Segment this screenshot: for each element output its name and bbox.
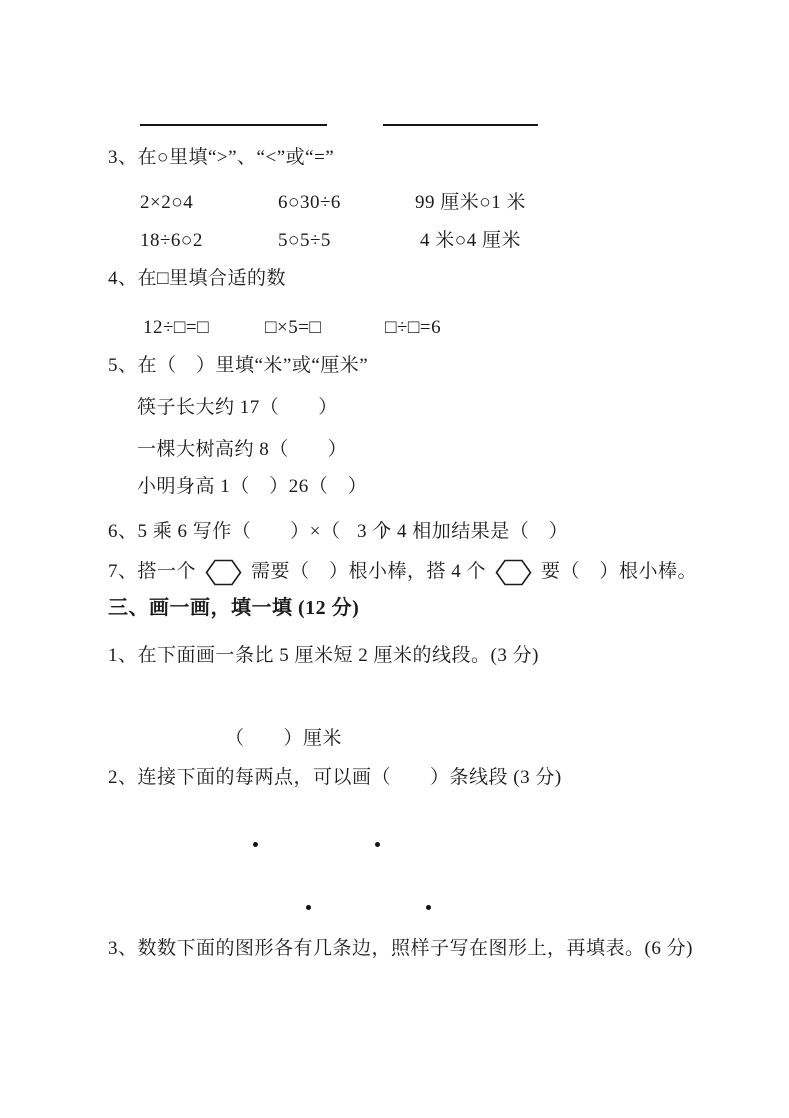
question-3-row1-cell1: 2×2○4: [140, 191, 193, 215]
question-7-part3: 要（ ）根小棒。: [541, 560, 697, 584]
question-3-row1-cell3: 99 厘米○1 米: [415, 191, 526, 215]
question-5-prompt: 5、在（ ）里填“米”或“厘米”: [108, 354, 368, 378]
question-7-part2: 需要（ ）根小棒，搭 4 个: [251, 560, 486, 584]
worksheet-page: 3、在○里填“>”、“<”或“=” 2×2○4 6○30÷6 99 厘米○1 米…: [0, 0, 789, 1118]
question-5-item-tree: 一棵大树高约 8（ ）: [137, 438, 347, 462]
question-4-cell2: □×5=□: [265, 316, 321, 340]
section-3-question-1-answer-blank: （ ）厘米: [225, 727, 342, 751]
section-3-question-1: 1、在下面画一条比 5 厘米短 2 厘米的线段。(3 分): [108, 644, 539, 668]
question-4-cell3: □÷□=6: [385, 316, 441, 340]
question-5-item-height: 小明身高 1（ ）26（ ）: [137, 475, 367, 499]
answer-blank-line-2: [383, 124, 538, 126]
question-3-row2-cell3: 4 米○4 厘米: [420, 229, 521, 253]
section-3-question-2: 2、连接下面的每两点，可以画（ ）条线段 (3 分): [108, 766, 562, 790]
question-3-row2-cell2: 5○5÷5: [278, 229, 331, 253]
point-dot-2: [375, 842, 380, 847]
point-dot-4: [426, 905, 431, 910]
question-3-prompt: 3、在○里填“>”、“<”或“=”: [108, 146, 334, 170]
question-6-part2: 3 个 4 相加结果是（ ）: [357, 520, 568, 544]
point-dot-1: [253, 842, 258, 847]
question-7-part1: 7、搭一个: [108, 560, 196, 584]
question-7: 7、搭一个 需要（ ）根小棒，搭 4 个 要（ ）根小棒。: [108, 556, 697, 588]
question-5-item-chopsticks: 筷子长大约 17（ ）: [137, 396, 338, 420]
hexagon-icon: [495, 559, 532, 586]
hexagon-icon: [205, 559, 242, 586]
point-dot-3: [306, 905, 311, 910]
question-6-part1: 6、5 乘 6 写作（ ）×（ ）: [108, 520, 399, 544]
question-3-row2-cell1: 18÷6○2: [140, 229, 203, 253]
question-4-cell1: 12÷□=□: [143, 316, 209, 340]
section-3-heading: 三、画一画，填一填 (12 分): [108, 596, 359, 620]
question-3-row1-cell2: 6○30÷6: [278, 191, 341, 215]
section-3-question-3: 3、数数下面的图形各有几条边，照样子写在图形上，再填表。(6 分): [108, 937, 693, 961]
answer-blank-line-1: [140, 124, 327, 126]
question-4-prompt: 4、在□里填合适的数: [108, 267, 286, 291]
